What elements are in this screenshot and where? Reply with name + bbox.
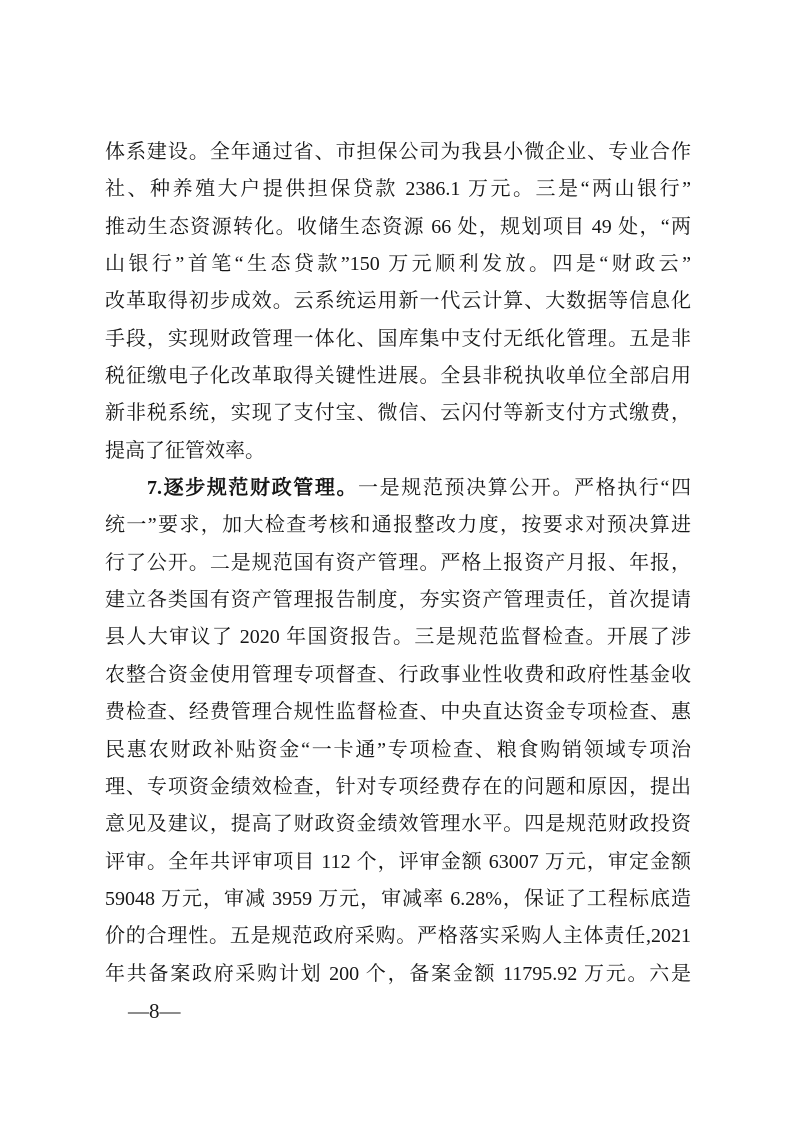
paragraph-end-line: 提高了征管效率。 bbox=[105, 433, 691, 470]
text-line: 评审。全年共评审项目 112 个，评审金额 63007 万元，审定金额 bbox=[105, 844, 691, 881]
text-line: 改革取得初步成效。云系统运用新一代云计算、大数据等信息化 bbox=[105, 283, 691, 320]
text-line: 行了公开。二是规范国有资产管理。严格上报资产月报、年报， bbox=[105, 545, 691, 582]
text-line: 新非税系统，实现了支付宝、微信、云闪付等新支付方式缴费， bbox=[105, 395, 691, 432]
section-7-heading-line: 7.逐步规范财政管理。一是规范预决算公开。严格执行“四 bbox=[105, 470, 691, 507]
text-line: 民惠农财政补贴资金“一卡通”专项检查、粮食购销领域专项治 bbox=[105, 732, 691, 769]
text-line: 年共备案政府采购计划 200 个，备案金额 11795.92 万元。六是 bbox=[105, 956, 691, 993]
text-line: 推动生态资源转化。收储生态资源 66 处，规划项目 49 处，“两 bbox=[105, 209, 691, 246]
text-line: 统一”要求，加大检查考核和通报整改力度，按要求对预决算进 bbox=[105, 507, 691, 544]
text-line: 建立各类国有资产管理报告制度，夯实资产管理责任，首次提请 bbox=[105, 582, 691, 619]
text-line: 费检查、经费管理合规性监督检查、中央直达资金专项检查、惠 bbox=[105, 694, 691, 731]
text-line: 意见及建议，提高了财政资金绩效管理水平。四是规范财政投资 bbox=[105, 806, 691, 843]
text-line: 价的合理性。五是规范政府采购。严格落实采购人主体责任,2021 bbox=[105, 918, 691, 955]
page-number: —8— bbox=[128, 997, 181, 1025]
report-body: 体系建设。全年通过省、市担保公司为我县小微企业、专业合作 社、种养殖大户提供担保… bbox=[105, 134, 691, 993]
text-line: 手段，实现财政管理一体化、国库集中支付无纸化管理。五是非 bbox=[105, 321, 691, 358]
text-line: 理、专项资金绩效检查，针对专项经费存在的问题和原因，提出 bbox=[105, 769, 691, 806]
text-line: 县人大审议了 2020 年国资报告。三是规范监督检查。开展了涉 bbox=[105, 619, 691, 656]
text-line: 山银行”首笔“生态贷款”150 万元顺利发放。四是“财政云” bbox=[105, 246, 691, 283]
text-line: 税征缴电子化改革取得关键性进展。全县非税执收单位全部启用 bbox=[105, 358, 691, 395]
text-line: 社、种养殖大户提供担保贷款 2386.1 万元。三是“两山银行” bbox=[105, 171, 691, 208]
text-line: 59048 万元，审减 3959 万元，审减率 6.28%，保证了工程标底造 bbox=[105, 881, 691, 918]
text-line: 农整合资金使用管理专项督查、行政事业性收费和政府性基金收 bbox=[105, 657, 691, 694]
text-line: 体系建设。全年通过省、市担保公司为我县小微企业、专业合作 bbox=[105, 134, 691, 171]
section-7-first-text: 一是规范预决算公开。严格执行“四 bbox=[358, 477, 691, 499]
document-page: 体系建设。全年通过省、市担保公司为我县小微企业、专业合作 社、种养殖大户提供担保… bbox=[0, 0, 793, 1122]
section-7-title: 7.逐步规范财政管理。 bbox=[147, 477, 358, 499]
